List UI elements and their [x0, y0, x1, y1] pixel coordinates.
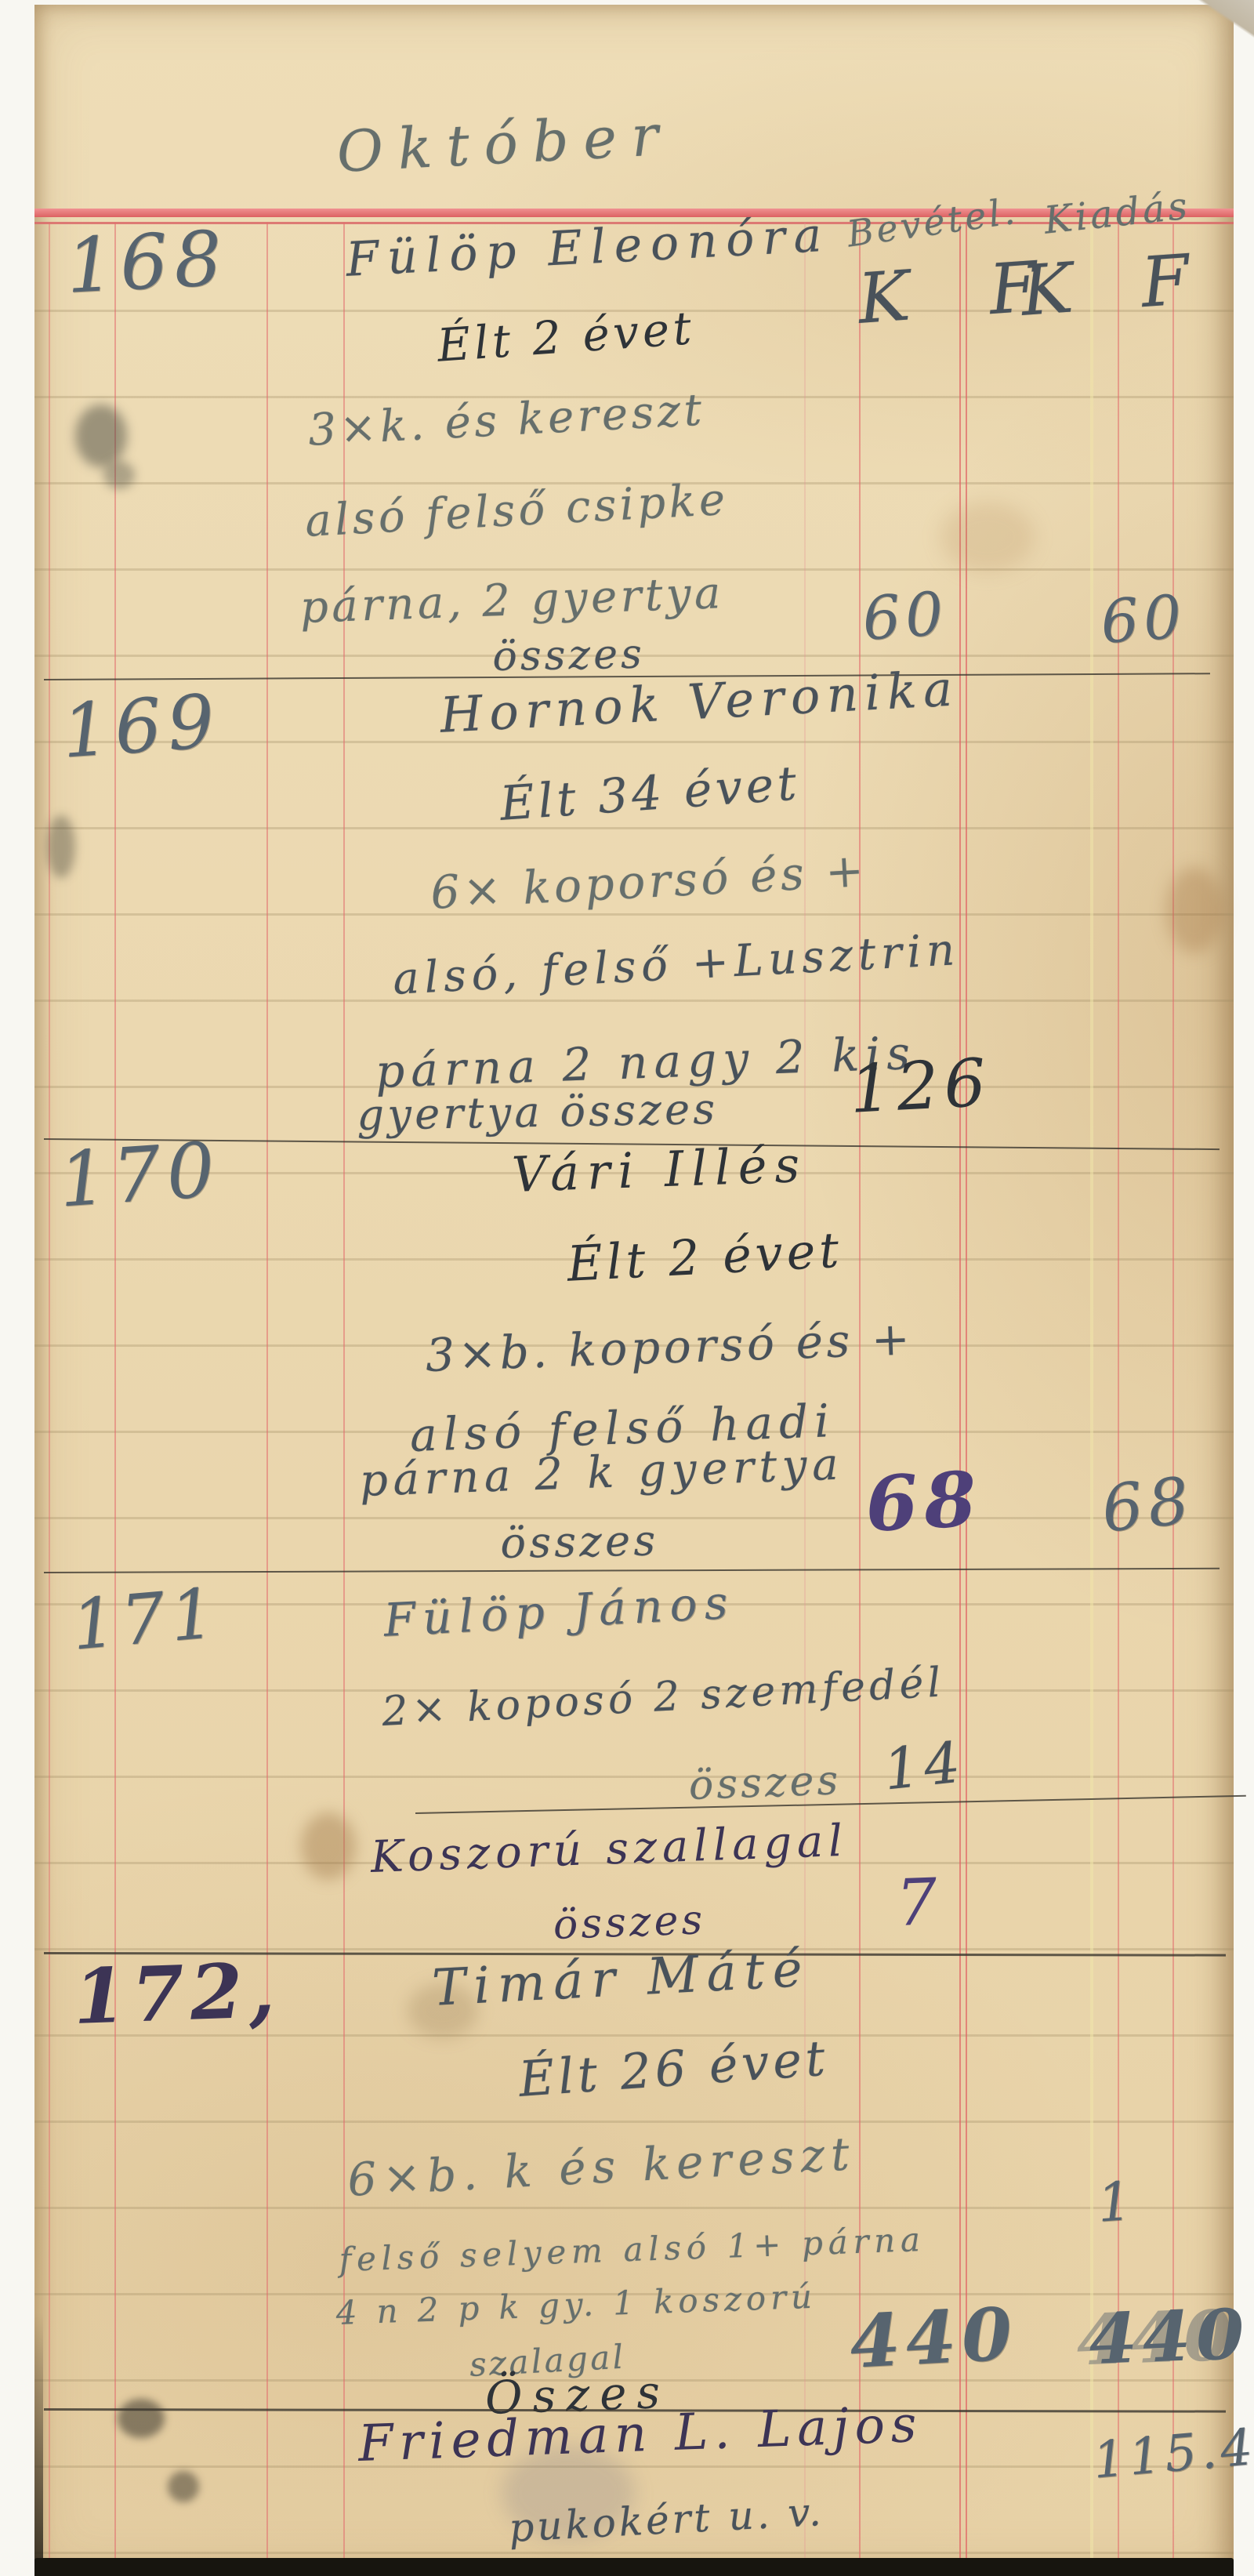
- entry-number: 170: [56, 1132, 223, 1218]
- entry-line: gyertya összes: [357, 1088, 719, 1137]
- entry-expense-amount: 440: [1088, 2299, 1251, 2374]
- entry-expense-amount: 68: [1099, 1469, 1197, 1543]
- entry-number: 171: [69, 1579, 223, 1660]
- entry-total-label: összes: [492, 634, 645, 677]
- entry-number: 172,: [72, 1953, 282, 2035]
- entry-expense-amount: 60: [1099, 586, 1188, 651]
- entry-number: 169: [60, 685, 223, 770]
- entry-total-label: összes: [500, 1519, 659, 1565]
- expense-currency-units: K F: [1019, 244, 1215, 326]
- entry-name: Vári Illés: [511, 1141, 808, 1199]
- entry-income-amount: 68: [864, 1461, 984, 1543]
- month-title: Október: [335, 107, 674, 180]
- entry-number: 168: [64, 220, 230, 304]
- entry-income-amount: 7: [895, 1870, 944, 1936]
- ledger-page-scan: Október Bevétel. Kiadás K F K F 168 Fülö…: [0, 0, 1254, 2576]
- entry-line: Élt 2 évet: [566, 1226, 844, 1289]
- entry-income-amount: 14: [881, 1733, 967, 1798]
- entry-total-label: összes: [688, 1760, 842, 1806]
- scan-bottom-edge: [34, 2558, 1234, 2576]
- entry-expense-mark: 1: [1096, 2175, 1137, 2231]
- page-edge-shadow: [34, 2313, 43, 2571]
- page-corner-fold: [1187, 0, 1254, 45]
- entry-income-amount: 60: [861, 583, 950, 648]
- entry-income-amount: 126: [848, 1050, 993, 1123]
- entry-total-label: összes: [553, 1899, 706, 1946]
- entry-income-amount: 440: [848, 2298, 1020, 2378]
